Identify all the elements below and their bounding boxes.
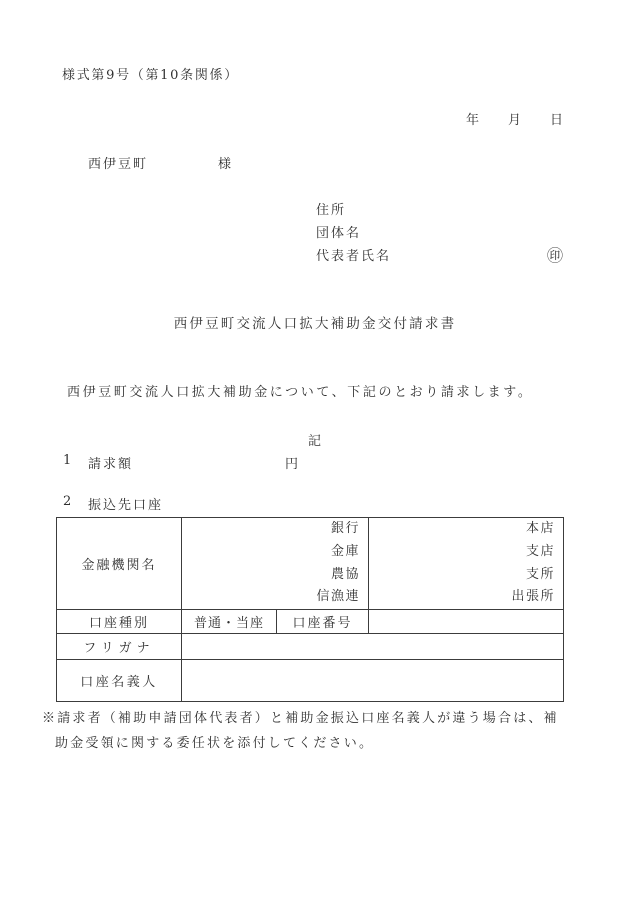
item-claim-amount: 1 請求額 円: [0, 453, 630, 471]
branch-type-sub-branch: 支所: [369, 564, 563, 587]
table-row-financial-institution: 金融機関名 銀行 金庫 農協 信漁連 本店 支店 支所 出張所: [57, 518, 564, 610]
item-number: 1: [63, 453, 71, 468]
branch-type-head-office: 本店: [369, 518, 563, 541]
table-row-account-holder: 口座名義人: [57, 660, 564, 702]
date-day-label: 日: [550, 109, 563, 128]
account-type-label: 口座種別: [57, 610, 182, 634]
applicant-block: 住所 団体名 代表者氏名: [316, 199, 391, 269]
branch-type-branch: 支店: [369, 541, 563, 564]
institution-type-ja: 農協: [182, 564, 368, 587]
bank-account-table: 金融機関名 銀行 金庫 農協 信漁連 本店 支店 支所 出張所 口座種別 普通・…: [56, 517, 564, 702]
item-transfer-account: 2 振込先口座: [0, 494, 630, 512]
address-label: 住所: [316, 199, 391, 222]
institution-type-shinkin: 金庫: [182, 541, 368, 564]
table-row-furigana: フリガナ: [57, 634, 564, 660]
request-statement: 西伊豆町交流人口拡大補助金について、下記のとおり請求します。: [67, 381, 533, 400]
account-holder-label: 口座名義人: [57, 660, 182, 702]
furigana-value-cell: [182, 634, 564, 660]
addressee-honorific: 様: [218, 153, 231, 172]
item-number: 2: [63, 494, 71, 509]
account-type-options: 普通・当座: [182, 610, 277, 634]
furigana-label: フリガナ: [57, 634, 182, 660]
table-row-account-type: 口座種別 普通・当座 口座番号: [57, 610, 564, 634]
document-page: 様式第9号（第10条関係） 年 月 日 西伊豆町 様 住所 団体名 代表者氏名 …: [0, 0, 630, 903]
document-title: 西伊豆町交流人口拡大補助金交付請求書: [0, 312, 630, 332]
account-number-label: 口座番号: [277, 610, 369, 634]
date-month-label: 月: [508, 109, 521, 128]
branch-type-cell: 本店 支店 支所 出張所: [369, 518, 564, 610]
representative-name-label: 代表者氏名: [316, 245, 391, 268]
account-number-value-cell: [369, 610, 564, 634]
form-number: 様式第9号（第10条関係）: [62, 64, 239, 83]
addressee-line: 西伊豆町 様: [0, 153, 630, 171]
transfer-account-label: 振込先口座: [88, 494, 163, 513]
branch-type-field-office: 出張所: [369, 586, 563, 609]
institution-type-fishery: 信漁連: [182, 586, 368, 609]
addressee-name: 西伊豆町: [88, 153, 148, 172]
institution-type-cell: 銀行 金庫 農協 信漁連: [182, 518, 369, 610]
organization-name-label: 団体名: [316, 222, 391, 245]
ki-heading: 記: [0, 430, 630, 449]
financial-institution-label: 金融機関名: [57, 518, 182, 610]
footnote-line-1: ※請求者（補助申請団体代表者）と補助金振込口座名義人が違う場合は、補: [42, 706, 559, 731]
account-holder-value-cell: [182, 660, 564, 702]
footnote-line-2: 助金受領に関する委任状を添付してください。: [42, 731, 559, 756]
yen-unit-label: 円: [285, 453, 298, 472]
seal-mark-icon: ㊞: [547, 243, 563, 266]
footnote: ※請求者（補助申請団体代表者）と補助金振込口座名義人が違う場合は、補 助金受領に…: [42, 706, 559, 756]
date-year-label: 年: [466, 109, 479, 128]
institution-type-bank: 銀行: [182, 518, 368, 541]
claim-amount-label: 請求額: [88, 453, 133, 472]
date-line: 年 月 日: [466, 109, 563, 128]
